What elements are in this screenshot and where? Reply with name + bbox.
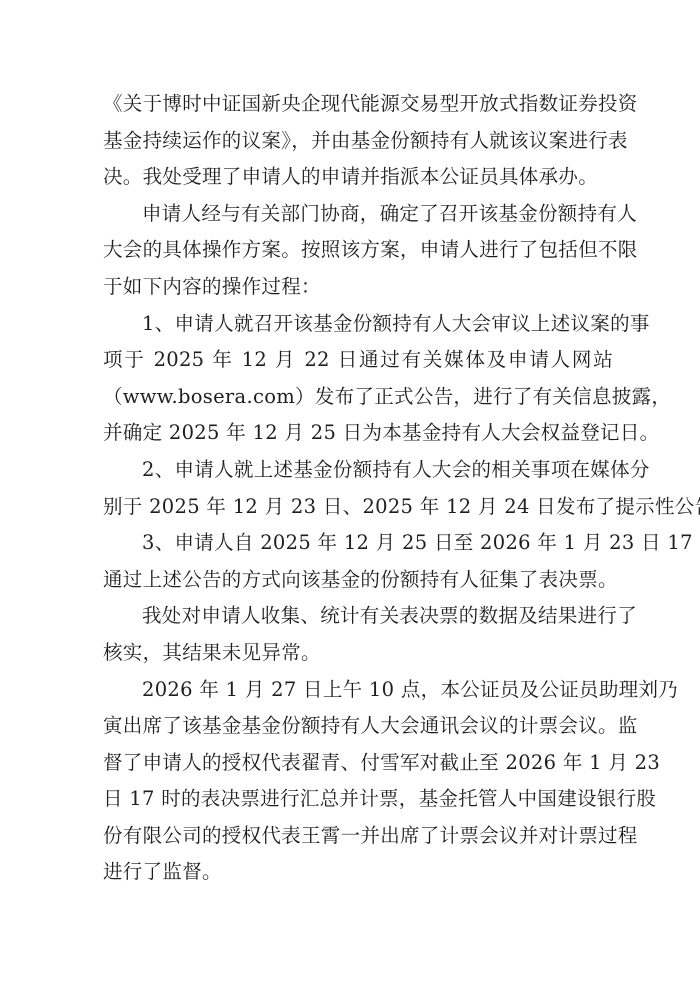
text-line: （www.bosera.com）发布了正式公告，进行了有关信息披露，	[103, 379, 613, 416]
text-line: 《关于博时中证国新央企现代能源交易型开放式指数证券投资	[103, 86, 613, 123]
text-line: 1、申请人就召开该基金份额持有人大会审议上述议案的事	[103, 306, 613, 343]
paragraph-step-2: 2、申请人就上述基金份额持有人大会的相关事项在媒体分 别于 2025 年 12 …	[103, 452, 613, 525]
text-line: 申请人经与有关部门协商，确定了召开该基金份额持有人	[103, 196, 613, 233]
paragraph-intro-continued: 《关于博时中证国新央企现代能源交易型开放式指数证券投资 基金持续运作的议案》，并…	[103, 86, 613, 196]
text-line: 我处对申请人收集、统计有关表决票的数据及结果进行了	[103, 598, 613, 635]
text-line: 2026 年 1 月 27 日上午 10 点，本公证员及公证员助理刘乃	[103, 672, 613, 709]
text-line: 大会的具体操作方案。按照该方案，申请人进行了包括但不限	[103, 232, 613, 269]
text-line: 别于 2025 年 12 月 23 日、2025 年 12 月 24 日发布了提…	[103, 489, 613, 526]
paragraph-verification: 我处对申请人收集、统计有关表决票的数据及结果进行了 核实，其结果未见异常。	[103, 598, 613, 671]
text-line: 项于 2025 年 12 月 22 日通过有关媒体及申请人网站	[103, 342, 613, 379]
text-line: 3、申请人自 2025 年 12 月 25 日至 2026 年 1 月 23 日…	[103, 525, 613, 562]
text-line: 寅出席了该基金基金份额持有人大会通讯会议的计票会议。监	[103, 708, 613, 745]
text-line: 通过上述公告的方式向该基金的份额持有人征集了表决票。	[103, 562, 613, 599]
text-line: 基金持续运作的议案》，并由基金份额持有人就该议案进行表	[103, 123, 613, 160]
notarial-document-page: 《关于博时中证国新央企现代能源交易型开放式指数证券投资 基金持续运作的议案》，并…	[103, 86, 613, 891]
text-line: 日 17 时的表决票进行汇总并计票，基金托管人中国建设银行股	[103, 781, 613, 818]
text-line: 并确定 2025 年 12 月 25 日为本基金持有人大会权益登记日。	[103, 415, 613, 452]
text-line: 2、申请人就上述基金份额持有人大会的相关事项在媒体分	[103, 452, 613, 489]
text-line: 督了申请人的授权代表翟青、付雪军对截止至 2026 年 1 月 23	[103, 745, 613, 782]
text-line: 进行了监督。	[103, 854, 613, 891]
paragraph-step-3: 3、申请人自 2025 年 12 月 25 日至 2026 年 1 月 23 日…	[103, 525, 613, 598]
text-line: 决。我处受理了申请人的申请并指派本公证员具体承办。	[103, 159, 613, 196]
text-line: 份有限公司的授权代表王霄一并出席了计票会议并对计票过程	[103, 818, 613, 855]
text-line: 于如下内容的操作过程：	[103, 269, 613, 306]
paragraph-operation-plan: 申请人经与有关部门协商，确定了召开该基金份额持有人 大会的具体操作方案。按照该方…	[103, 196, 613, 306]
text-line: 核实，其结果未见异常。	[103, 635, 613, 672]
paragraph-step-1: 1、申请人就召开该基金份额持有人大会审议上述议案的事 项于 2025 年 12 …	[103, 306, 613, 452]
paragraph-counting-meeting: 2026 年 1 月 27 日上午 10 点，本公证员及公证员助理刘乃 寅出席了…	[103, 672, 613, 892]
